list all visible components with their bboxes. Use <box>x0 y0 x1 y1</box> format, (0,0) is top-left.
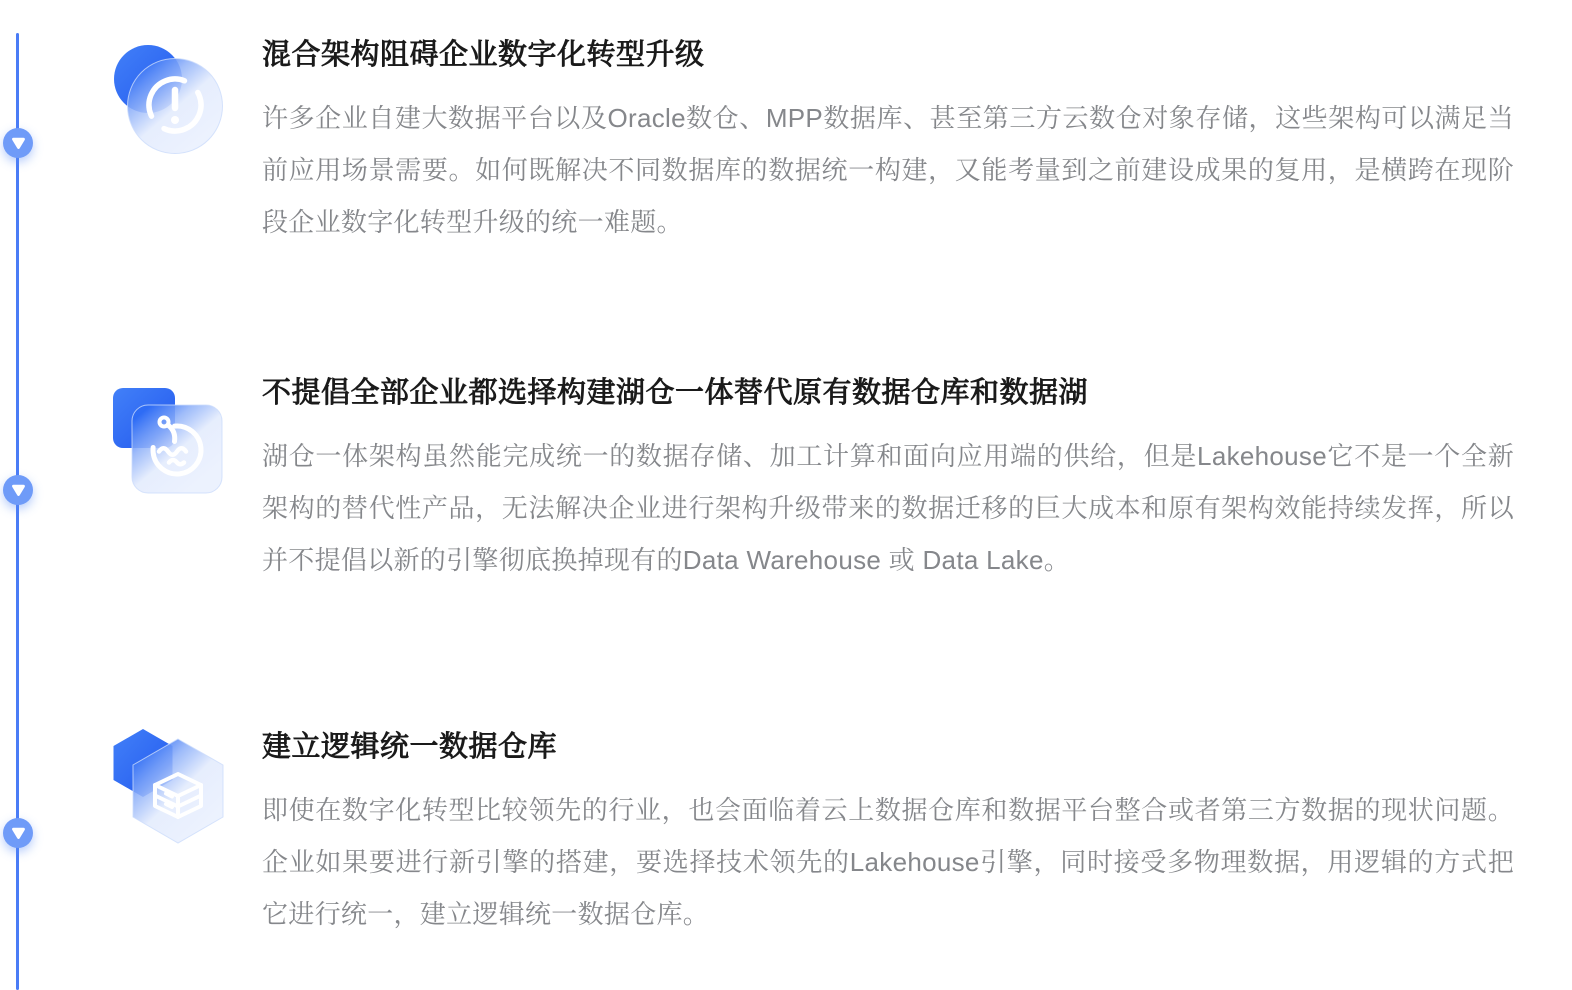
icon-badge <box>113 728 231 851</box>
card-title: 混合架构阻碍企业数字化转型升级 <box>262 37 1514 73</box>
card-body: 湖仓一体架构虽然能完成统一的数据存储、加工计算和面向应用端的供给，但是Lakeh… <box>262 430 1514 586</box>
timeline-card-2: 不提倡全部企业都选择构建湖仓一体替代原有数据仓库和数据湖 湖仓一体架构虽然能完成… <box>80 338 1546 645</box>
timeline-card-3: 建立逻辑统一数据仓库 即使在数字化转型比较领先的行业，也会面临着云上数据仓库和数… <box>80 692 1546 990</box>
icon-badge <box>113 45 225 160</box>
triangle-down-icon <box>11 137 26 150</box>
page: { "colors": { "accent-blue": "#2e6cf5", … <box>0 0 1572 990</box>
alert-gauge-icon <box>113 45 225 155</box>
timeline-card-1: 混合架构阻碍企业数字化转型升级 许多企业自建大数据平台以及Oracle数仓、MP… <box>80 0 1546 300</box>
timeline-marker-1 <box>3 128 33 158</box>
logical-warehouse-icon <box>113 728 231 846</box>
triangle-down-icon <box>11 484 26 497</box>
card-body: 即使在数字化转型比较领先的行业，也会面临着云上数据仓库和数据平台整合或者第三方数… <box>262 784 1514 940</box>
card-notch <box>57 472 80 508</box>
card-notch <box>57 815 80 851</box>
card-title: 建立逻辑统一数据仓库 <box>262 729 1514 765</box>
icon-badge <box>113 388 225 501</box>
card-notch <box>57 125 80 161</box>
timeline-marker-3 <box>3 818 33 848</box>
triangle-down-icon <box>11 827 26 840</box>
data-lake-hook-icon <box>113 388 225 496</box>
card-title: 不提倡全部企业都选择构建湖仓一体替代原有数据仓库和数据湖 <box>262 375 1514 411</box>
card-body: 许多企业自建大数据平台以及Oracle数仓、MPP数据库、甚至第三方云数仓对象存… <box>262 92 1514 248</box>
timeline-marker-2 <box>3 475 33 505</box>
